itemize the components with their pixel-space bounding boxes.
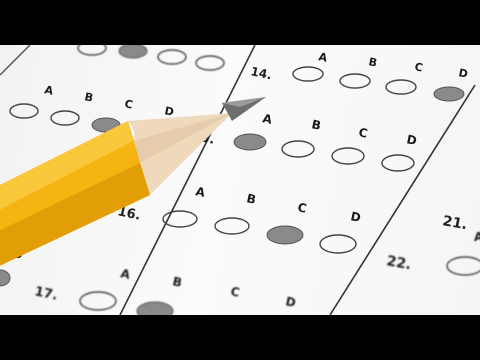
svg-text:D: D <box>405 132 418 148</box>
svg-text:C: C <box>123 97 134 111</box>
pencil <box>0 97 266 275</box>
svg-text:A: A <box>474 230 480 244</box>
question-row-17: A B C D 17. <box>33 266 297 315</box>
question-row-top-partial <box>78 45 224 70</box>
svg-text:A: A <box>194 184 207 200</box>
svg-text:C: C <box>357 125 369 141</box>
svg-text:D: D <box>284 294 297 310</box>
svg-text:B: B <box>367 55 378 69</box>
question-row-16: A B C D 16. <box>116 184 362 253</box>
svg-text:B: B <box>83 90 94 104</box>
question-row-22: 22. A <box>385 230 480 275</box>
svg-text:A: A <box>43 83 55 98</box>
question-row-21: 21. <box>441 213 468 233</box>
svg-text:D: D <box>457 66 469 81</box>
svg-text:21.: 21. <box>441 213 468 233</box>
svg-text:A: A <box>119 266 132 282</box>
svg-text:D: D <box>163 104 175 119</box>
svg-text:B: B <box>245 191 257 207</box>
answer-sheet-illustration: A B C D A B C D 14. A <box>0 45 480 315</box>
svg-text:C: C <box>413 60 424 74</box>
question-row-14: A B C D 14. <box>249 50 469 101</box>
svg-text:B: B <box>310 117 322 133</box>
svg-text:C: C <box>296 200 308 216</box>
svg-text:D: D <box>349 209 362 225</box>
divider-line <box>0 45 30 75</box>
answer-sheet-photo: A B C D A B C D 14. A <box>0 45 480 315</box>
divider-line <box>330 85 475 315</box>
svg-text:B: B <box>171 274 183 290</box>
svg-text:17.: 17. <box>33 284 59 303</box>
svg-text:22.: 22. <box>385 253 412 273</box>
letterbox-frame: A B C D A B C D 14. A <box>0 0 480 360</box>
svg-text:A: A <box>317 50 329 65</box>
svg-text:14.: 14. <box>249 64 273 82</box>
svg-text:A: A <box>261 111 274 127</box>
svg-text:C: C <box>229 284 241 300</box>
